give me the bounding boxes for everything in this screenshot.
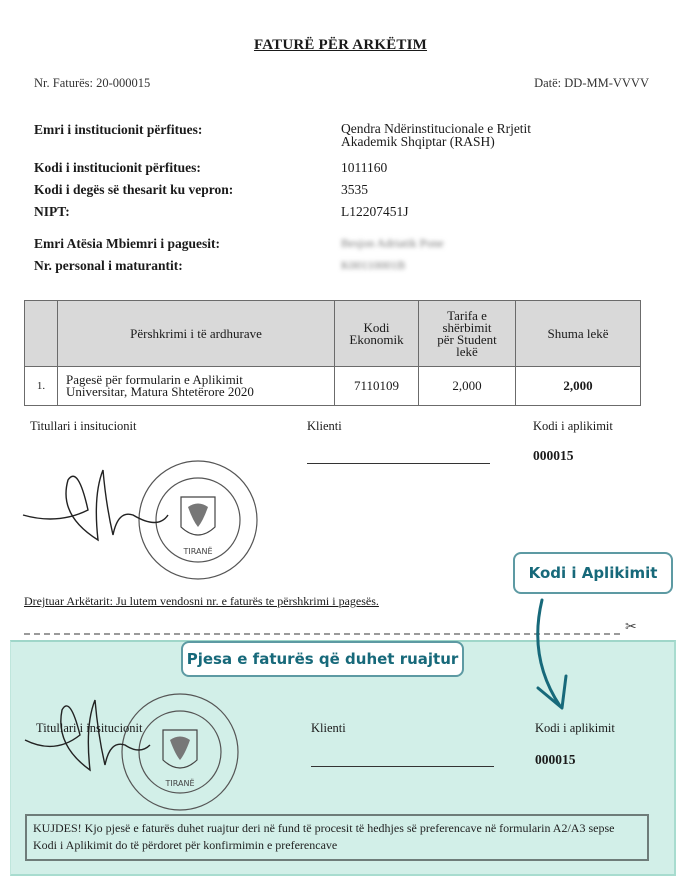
keep-application-code-label: Kodi i aplikimit bbox=[535, 721, 615, 736]
application-code-value: 000015 bbox=[533, 448, 574, 464]
svg-text:TIRANË: TIRANË bbox=[165, 778, 195, 788]
payer-name-label: Emri Atësia Mbiemri i paguesit: bbox=[34, 236, 220, 252]
institution-name-line2: Akademik Shqiptar (RASH) bbox=[341, 135, 531, 148]
institution-name-value: Qendra Ndërinstitucionale e Rrjetit Akad… bbox=[341, 122, 531, 148]
treasury-branch-label: Kodi i degës së thesarit ku vepron: bbox=[34, 182, 233, 198]
application-code-label: Kodi i aplikimit bbox=[533, 419, 613, 434]
row-amount: 2,000 bbox=[516, 367, 641, 406]
invoice-date: Datë: DD-MM-VVVV bbox=[534, 76, 649, 91]
row-nr: 1. bbox=[25, 367, 58, 406]
signature-icon bbox=[23, 470, 168, 540]
header-amount: Shuma lekë bbox=[516, 301, 641, 367]
svg-text:TIRANË: TIRANË bbox=[183, 546, 213, 556]
arrow-icon bbox=[520, 598, 590, 718]
keep-client-signature-line bbox=[311, 766, 494, 767]
header-nr bbox=[25, 301, 58, 367]
student-id-value: K00110001B bbox=[341, 259, 405, 272]
institution-code-value: 1011160 bbox=[341, 161, 387, 174]
header-economic-code: Kodi Ekonomik bbox=[335, 301, 419, 367]
nipt-label: NIPT: bbox=[34, 204, 70, 220]
invoice-number: Nr. Faturës: 20-000015 bbox=[34, 76, 150, 91]
table-header-row: Përshkrimi i të ardhurave Kodi Ekonomik … bbox=[25, 301, 641, 367]
warning-box: KUJDES! Kjo pjesë e faturës duhet ruajtu… bbox=[25, 814, 649, 861]
header-description: Përshkrimi i të ardhurave bbox=[58, 301, 335, 367]
keep-client-label: Klienti bbox=[311, 721, 346, 736]
signature-stamp-copy: TIRANË bbox=[20, 690, 250, 820]
institution-code-label: Kodi i institucionit përfitues: bbox=[34, 160, 201, 176]
row-description: Pagesë për formularin e Aplikimit Univer… bbox=[58, 367, 335, 406]
header-kodi-line2: Ekonomik bbox=[336, 334, 417, 346]
keep-head-of-institution-label: Titullari i insitucionit bbox=[36, 721, 143, 736]
client-label: Klienti bbox=[307, 419, 342, 434]
row-economic-code: 7110109 bbox=[335, 367, 419, 406]
cashier-note: Drejtuar Arkëtarit: Ju lutem vendosni nr… bbox=[24, 594, 379, 609]
row-description-line2: Universitar, Matura Shtetërore 2020 bbox=[66, 386, 333, 398]
keep-part-callout: Pjesa e faturës që duhet ruajtur bbox=[181, 641, 464, 677]
nipt-value: L12207451J bbox=[341, 205, 409, 218]
treasury-branch-value: 3535 bbox=[341, 183, 368, 196]
header-tarifa-line4: lekë bbox=[420, 346, 514, 358]
stamp-icon: TIRANË bbox=[122, 694, 238, 810]
application-code-callout: Kodi i Aplikimit bbox=[513, 552, 673, 594]
keep-application-code-value: 000015 bbox=[535, 752, 576, 768]
document-title: FATURË PËR ARKËTIM bbox=[0, 37, 681, 54]
head-of-institution-label: Titullari i insitucionit bbox=[30, 419, 137, 434]
header-service-fee: Tarifa e shërbimit për Student lekë bbox=[419, 301, 516, 367]
student-id-label: Nr. personal i maturantit: bbox=[34, 258, 183, 274]
items-table: Përshkrimi i të ardhurave Kodi Ekonomik … bbox=[24, 300, 641, 406]
signature-stamp: TIRANË bbox=[18, 455, 258, 585]
institution-name-label: Emri i institucionit përfitues: bbox=[34, 122, 202, 138]
table-row: 1. Pagesë për formularin e Aplikimit Uni… bbox=[25, 367, 641, 406]
stamp-icon: TIRANË bbox=[139, 461, 257, 579]
payer-name-value: Besjon Adriatik Pone bbox=[341, 237, 444, 250]
scissors-icon: ✂ bbox=[625, 619, 637, 635]
row-service-fee: 2,000 bbox=[419, 367, 516, 406]
client-signature-line bbox=[307, 463, 490, 464]
